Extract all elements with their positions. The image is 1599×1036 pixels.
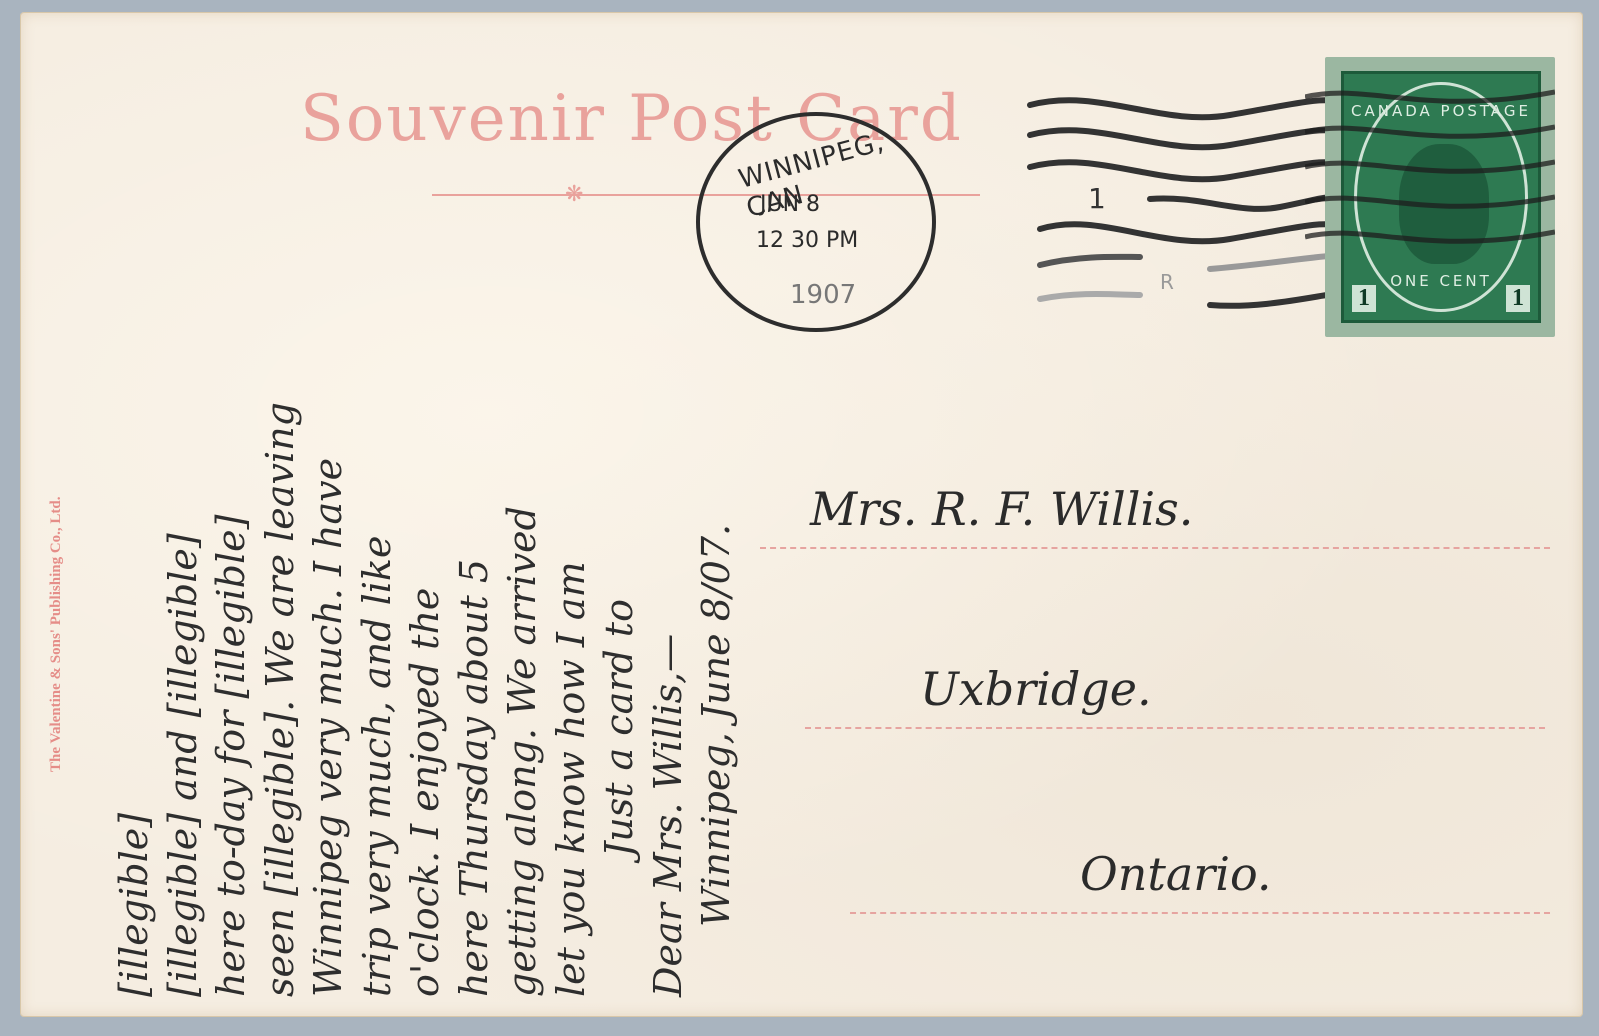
message-line: [illegible] — [110, 177, 159, 997]
postmark-time: 12 30 PM — [756, 228, 858, 253]
wavy-cancel-lines — [1020, 87, 1340, 337]
handwritten-message: [illegible] [illegible] and [illegible] … — [110, 177, 741, 997]
message-line: Dear Mrs. Willis,— — [644, 177, 693, 997]
postage-stamp: CANADA POSTAGE ONE CENT 1 1 — [1325, 57, 1555, 337]
address-line-1: Mrs. R. F. Willis. — [810, 482, 1193, 536]
postmark-year: 1907 — [790, 280, 856, 310]
cancel-number: 1 — [1088, 182, 1106, 215]
message-line: Winnipeg, June 8/07. — [692, 177, 741, 997]
message-line: let you know how I am — [547, 177, 596, 997]
address-rule-1 — [760, 547, 1550, 549]
message-line: o'clock. I enjoyed the — [401, 177, 450, 997]
message-line: here Thursday about 5 — [450, 177, 499, 997]
address-line-2: Uxbridge. — [920, 662, 1152, 716]
address-rule-2 — [805, 727, 1545, 729]
publisher-imprint: The Valentine & Sons' Publishing Co., Lt… — [48, 496, 65, 772]
address-rule-3 — [850, 912, 1550, 914]
message-line: seen [illegible]. We are leaving — [256, 177, 305, 997]
message-line: Just a card to — [595, 177, 644, 997]
message-line: Winnipeg very much. I have — [304, 177, 353, 997]
message-line: trip very much, and like — [353, 177, 402, 997]
message-line: getting along. We arrived — [498, 177, 547, 997]
message-line: [illegible] and [illegible] — [159, 177, 208, 997]
cancel-letter: R — [1160, 270, 1174, 294]
address-line-3: Ontario. — [1080, 847, 1271, 901]
title-souvenir: Souvenir — [300, 82, 606, 156]
postmark-date: JUN 8 — [760, 192, 820, 217]
postcard-back: Souvenir Post Card ❋ The Valentine & Son… — [20, 12, 1583, 1017]
stamp-cancel-lines — [1305, 77, 1555, 317]
message-line: here to-day for [illegible] — [207, 177, 256, 997]
